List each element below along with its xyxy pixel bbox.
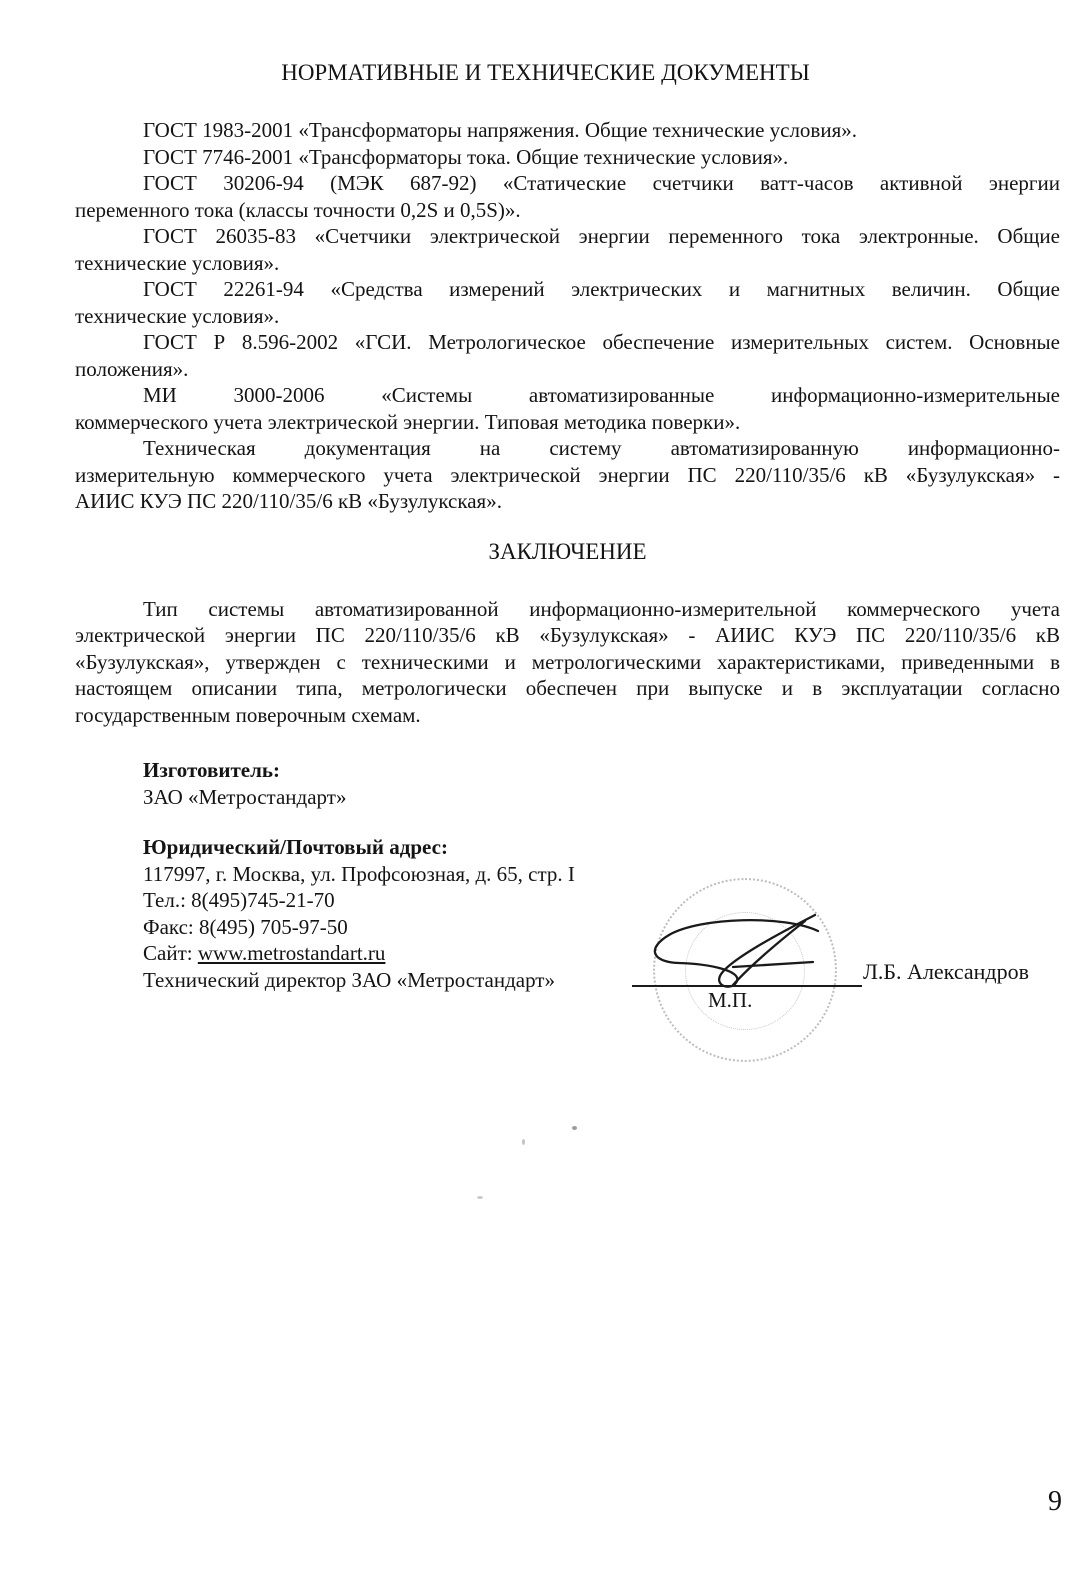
paragraph-line: ГОСТ Р 8.596-2002 «ГСИ. Метрологическое …: [75, 329, 1060, 356]
paragraph-line: переменного тока (классы точности 0,2S и…: [75, 197, 1060, 224]
paragraph-line: ГОСТ 26035-83 «Счетчики электрической эн…: [75, 223, 1060, 250]
paragraph-line: коммерческого учета электрической энерги…: [75, 409, 1060, 436]
signature-line: [632, 985, 862, 987]
paragraph-line: ГОСТ 1983-2001 «Трансформаторы напряжени…: [75, 117, 1060, 144]
standards-list: ГОСТ 1983-2001 «Трансформаторы напряжени…: [75, 117, 1060, 515]
paragraph-line: Тип системы автоматизированной информаци…: [75, 596, 1060, 623]
conclusion-heading: ЗАКЛЮЧЕНИЕ: [75, 539, 1060, 565]
paragraph-line: «Бузулукская», утвержден с техническими …: [75, 649, 1060, 676]
paragraph-line: ГОСТ 30206-94 (МЭК 687-92) «Статические …: [75, 170, 1060, 197]
paragraph-line: измерительную коммерческого учета электр…: [75, 462, 1060, 489]
site-label: Сайт:: [143, 941, 198, 965]
seal-abbreviation: М.П.: [708, 988, 752, 1013]
paragraph-line: электрической энергии ПС 220/110/35/6 кВ…: [75, 622, 1060, 649]
address-street: 117997, г. Москва, ул. Профсоюзная, д. 6…: [143, 861, 1060, 888]
scan-artifact: [522, 1139, 525, 1145]
paragraph-line: Техническая документация на систему авто…: [75, 435, 1060, 462]
document-content: НОРМАТИВНЫЕ И ТЕХНИЧЕСКИЕ ДОКУМЕНТЫ ГОСТ…: [75, 60, 1060, 993]
address-fax: Факс: 8(495) 705-97-50: [143, 914, 1060, 941]
paragraph-line: технические условия».: [75, 250, 1060, 277]
address-label: Юридический/Почтовый адрес:: [143, 834, 1060, 861]
manufacturer-label: Изготовитель:: [143, 757, 1060, 784]
paragraph-line: государственным поверочным схемам.: [75, 702, 1060, 729]
paragraph-line: настоящем описании типа, метрологически …: [75, 675, 1060, 702]
paragraph-line: ГОСТ 22261-94 «Средства измерений электр…: [75, 276, 1060, 303]
page-number: 9: [1048, 1486, 1062, 1518]
manufacturer-name: ЗАО «Метростандарт»: [143, 784, 1060, 811]
paragraph-line: технические условия».: [75, 303, 1060, 330]
signer-name: Л.Б. Александров: [863, 959, 1029, 985]
signature-scribble: [645, 905, 835, 995]
manufacturer-block: Изготовитель: ЗАО «Метростандарт»: [143, 757, 1060, 811]
document-title: НОРМАТИВНЫЕ И ТЕХНИЧЕСКИЕ ДОКУМЕНТЫ: [75, 60, 1060, 86]
conclusion-paragraph: Тип системы автоматизированной информаци…: [75, 596, 1060, 729]
document-page: НОРМАТИВНЫЕ И ТЕХНИЧЕСКИЕ ДОКУМЕНТЫ ГОСТ…: [0, 0, 1092, 1572]
paragraph-line: АИИС КУЭ ПС 220/110/35/6 кВ «Бузулукская…: [75, 488, 1060, 515]
scan-artifact: [572, 1126, 577, 1130]
site-url: www.metrostandart.ru: [198, 941, 386, 965]
scan-artifact: [477, 1196, 483, 1199]
paragraph-line: МИ 3000-2006 «Системы автоматизированные…: [75, 382, 1060, 409]
paragraph-line: ГОСТ 7746-2001 «Трансформаторы тока. Общ…: [75, 144, 1060, 171]
address-phone: Тел.: 8(495)745-21-70: [143, 887, 1060, 914]
paragraph-line: положения».: [75, 356, 1060, 383]
